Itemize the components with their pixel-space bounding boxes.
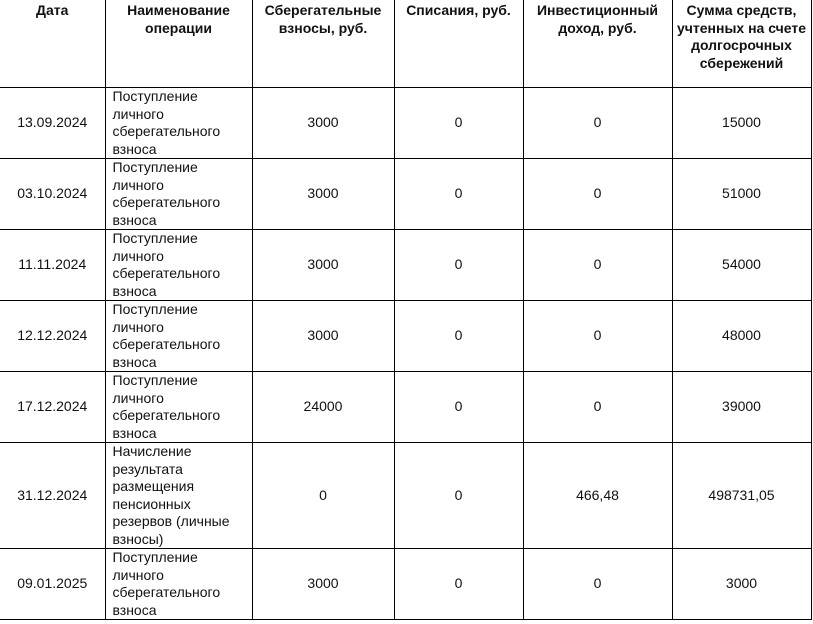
- cell-total: 15000: [672, 88, 811, 159]
- header-operation: Наименование операции: [105, 0, 252, 88]
- cell-contributions: 3000: [252, 549, 394, 620]
- table-row: 13.09.2024 Поступление личного сберегате…: [0, 88, 811, 159]
- cell-date: 31.12.2024: [0, 443, 105, 549]
- cell-investment-income: 0: [523, 372, 672, 443]
- table-row: 17.12.2024 Поступление личного сберегате…: [0, 372, 811, 443]
- cell-investment-income: 0: [523, 88, 672, 159]
- cell-investment-income: 466,48: [523, 443, 672, 549]
- cell-date: 13.09.2024: [0, 88, 105, 159]
- table-row: 09.01.2025 Поступление личного сберегате…: [0, 549, 811, 620]
- cell-contributions: 0: [252, 443, 394, 549]
- cell-operation: Поступление личного сберегательного взно…: [105, 88, 252, 159]
- header-writeoffs: Списания, руб.: [394, 0, 523, 88]
- header-contributions: Сберегательные взносы, руб.: [252, 0, 394, 88]
- cell-contributions: 3000: [252, 159, 394, 230]
- cell-date: 09.01.2025: [0, 549, 105, 620]
- cell-writeoffs: 0: [394, 301, 523, 372]
- cell-writeoffs: 0: [394, 443, 523, 549]
- cell-date: 03.10.2024: [0, 159, 105, 230]
- cell-total: 3000: [672, 549, 811, 620]
- table-row: 12.12.2024 Поступление личного сберегате…: [0, 301, 811, 372]
- cell-contributions: 3000: [252, 301, 394, 372]
- cell-date: 12.12.2024: [0, 301, 105, 372]
- cell-operation: Поступление личного сберегательного взно…: [105, 159, 252, 230]
- cell-contributions: 3000: [252, 230, 394, 301]
- cell-investment-income: 0: [523, 301, 672, 372]
- header-date: Дата: [0, 0, 105, 88]
- cell-writeoffs: 0: [394, 159, 523, 230]
- savings-operations-table: Дата Наименование операции Сберегательны…: [0, 0, 812, 620]
- table-row: 03.10.2024 Поступление личного сберегате…: [0, 159, 811, 230]
- cell-writeoffs: 0: [394, 88, 523, 159]
- cell-date: 11.11.2024: [0, 230, 105, 301]
- cell-operation: Поступление личного сберегательного взно…: [105, 372, 252, 443]
- cell-total: 48000: [672, 301, 811, 372]
- cell-contributions: 24000: [252, 372, 394, 443]
- table-row: 31.12.2024 Начисление результата размеще…: [0, 443, 811, 549]
- table-row: 11.11.2024 Поступление личного сберегате…: [0, 230, 811, 301]
- cell-contributions: 3000: [252, 88, 394, 159]
- cell-total: 39000: [672, 372, 811, 443]
- cell-operation: Начисление результата размещения пенсион…: [105, 443, 252, 549]
- table-header-row: Дата Наименование операции Сберегательны…: [0, 0, 811, 88]
- cell-investment-income: 0: [523, 159, 672, 230]
- cell-investment-income: 0: [523, 230, 672, 301]
- header-total: Сумма средств, учтенных на счете долгоср…: [672, 0, 811, 88]
- cell-total: 51000: [672, 159, 811, 230]
- header-investment-income: Инвестиционный доход, руб.: [523, 0, 672, 88]
- cell-writeoffs: 0: [394, 372, 523, 443]
- cell-operation: Поступление личного сберегательного взно…: [105, 230, 252, 301]
- cell-date: 17.12.2024: [0, 372, 105, 443]
- cell-operation: Поступление личного сберегательного взно…: [105, 549, 252, 620]
- cell-investment-income: 0: [523, 549, 672, 620]
- cell-total: 54000: [672, 230, 811, 301]
- cell-writeoffs: 0: [394, 230, 523, 301]
- cell-writeoffs: 0: [394, 549, 523, 620]
- cell-operation: Поступление личного сберегательного взно…: [105, 301, 252, 372]
- cell-total: 498731,05: [672, 443, 811, 549]
